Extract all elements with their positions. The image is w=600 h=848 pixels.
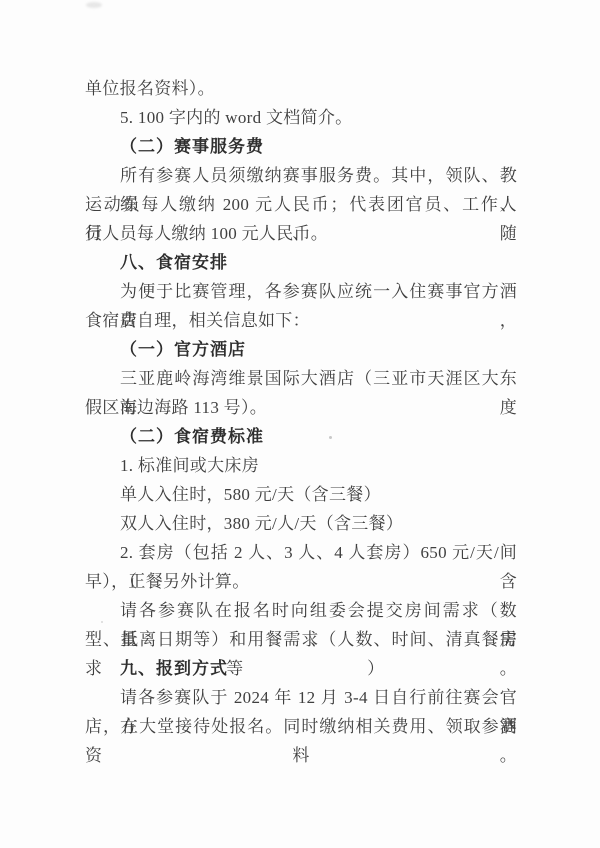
text-line: 5. 100 字内的 word 文档简介。 xyxy=(85,103,517,132)
heading-line: （一）官方酒店 xyxy=(85,335,517,364)
document-body: 单位报名资料）。5. 100 字内的 word 文档简介。（二）赛事服务费所有参… xyxy=(85,74,517,741)
text-line: 三亚鹿岭海湾维景国际大酒店（三亚市天涯区大东海度 xyxy=(85,364,517,393)
text-line: 型、抵离日期等）和用餐需求（人数、时间、清真餐需求等）。 xyxy=(85,625,517,654)
text-line: 双人入住时，380 元/人/天（含三餐） xyxy=(85,509,517,538)
text-line: 为便于比赛管理，各参赛队应统一入住赛事官方酒店， xyxy=(85,277,517,306)
text-line: 店，在大堂接待处报名。同时缴纳相关费用、领取参赛资料。 xyxy=(85,712,517,741)
text-line: 单人入住时，580 元/天（含三餐） xyxy=(85,480,517,509)
heading-line: 八、食宿安排 xyxy=(85,248,517,277)
text-line: 单位报名资料）。 xyxy=(85,74,517,103)
text-line: 请各参赛队在报名时向组委会提交房间需求（数量、房 xyxy=(85,596,517,625)
heading-line: （二）赛事服务费 xyxy=(85,132,517,161)
heading-line: （二）食宿费标准 xyxy=(85,422,517,451)
text-line: 运动员每人缴纳 200 元人民币；代表团官员、工作人员、随 xyxy=(85,190,517,219)
document-page: 单位报名资料）。5. 100 字内的 word 文档简介。（二）赛事服务费所有参… xyxy=(0,0,600,848)
text-line: 所有参赛人员须缴纳赛事服务费。其中，领队、教练、 xyxy=(85,161,517,190)
scan-smudge xyxy=(86,2,102,8)
text-line: 2. 套房（包括 2 人、3 人、4 人套房）650 元/天/间（含 xyxy=(85,538,517,567)
text-line: 请各参赛队于 2024 年 12 月 3-4 日自行前往赛会官方酒 xyxy=(85,683,517,712)
text-line: 1. 标准间或大床房 xyxy=(85,451,517,480)
